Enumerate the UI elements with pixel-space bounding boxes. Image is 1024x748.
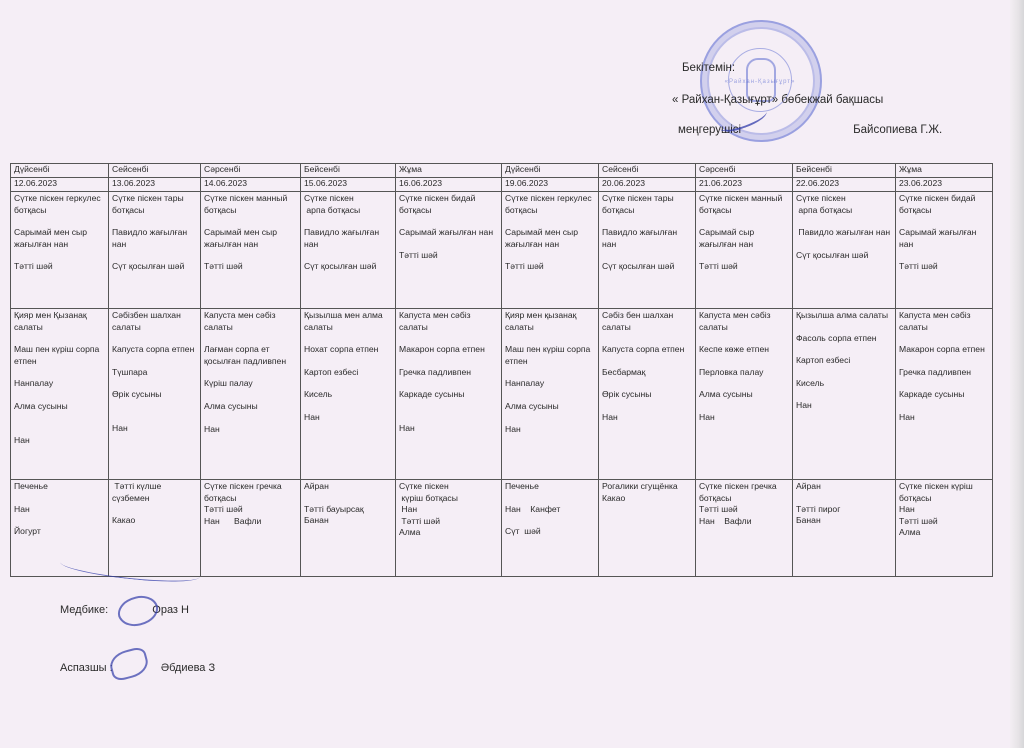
spacer bbox=[399, 216, 498, 227]
menu-dish: Сүтке піскен тары ботқасы bbox=[112, 193, 197, 216]
menu-dish: Сүтке піскен бидай ботқасы bbox=[399, 193, 498, 216]
spacer bbox=[204, 250, 297, 261]
spacer bbox=[602, 250, 692, 261]
spacer bbox=[204, 367, 297, 378]
day-header-cell: Сәрсенбі bbox=[696, 164, 793, 178]
spacer bbox=[796, 239, 892, 250]
menu-dish: Тәтті шәй bbox=[699, 504, 789, 516]
menu-dish: Лағман сорпа ет қосылған падливпен bbox=[204, 344, 297, 367]
day-header-cell: Сейсенбі bbox=[109, 164, 201, 178]
day-header-cell: Бейсенбі bbox=[301, 164, 396, 178]
menu-dish: Тәтті шәй bbox=[699, 261, 789, 273]
breakfast-cell: Сүтке піскен арпа ботқасы Павидло жағылғ… bbox=[793, 192, 896, 309]
spacer bbox=[602, 356, 692, 367]
menu-dish: Сүтке піскен тары ботқасы bbox=[602, 193, 692, 216]
day-header-cell: Жұма bbox=[396, 164, 502, 178]
menu-dish: Тәтті күлше сүзбемен bbox=[112, 481, 197, 504]
menu-dish: Нан bbox=[899, 504, 989, 516]
spacer bbox=[899, 378, 989, 389]
menu-dish: Сәбізбен шалхан салаты bbox=[112, 310, 197, 333]
snack-cell: АйранТәтті бауырсақБанан bbox=[301, 480, 396, 577]
spacer bbox=[602, 333, 692, 344]
menu-dish: Капуста мен сәбіз салаты bbox=[399, 310, 498, 333]
spacer bbox=[304, 378, 392, 389]
nurse-label: Медбике: bbox=[60, 604, 108, 616]
spacer bbox=[505, 413, 595, 424]
menu-dish: Алма bbox=[899, 527, 989, 539]
menu-dish: Тәтті шәй bbox=[899, 261, 989, 273]
menu-dish: Алма сусыны bbox=[505, 401, 595, 413]
menu-dish: Макарон сорпа етпен bbox=[399, 344, 498, 356]
menu-dish: Түшпара bbox=[112, 367, 197, 379]
spacer bbox=[899, 250, 989, 261]
menu-dish: Қызылша мен алма салаты bbox=[304, 310, 392, 333]
menu-dish: Алма сусыны bbox=[699, 389, 789, 401]
menu-dish: Капуста сорпа етпен bbox=[602, 344, 692, 356]
day-header-cell: Бейсенбі bbox=[793, 164, 896, 178]
menu-dish: Каркаде сусыны bbox=[899, 389, 989, 401]
spacer bbox=[112, 216, 197, 227]
cook-label: Аспазшы : bbox=[60, 662, 113, 674]
institution-name: « Райхан-Қазығұрт» бөбекжай бақшасы bbox=[672, 94, 883, 106]
menu-dish: Нан bbox=[699, 412, 789, 424]
spacer bbox=[112, 250, 197, 261]
spacer bbox=[204, 413, 297, 424]
menu-dish: Картоп езбесі bbox=[304, 367, 392, 379]
spacer bbox=[699, 378, 789, 389]
spacer bbox=[14, 367, 105, 378]
menu-dish: Қияр мен қызанақ салаты bbox=[505, 310, 595, 333]
spacer bbox=[505, 515, 595, 526]
snack-cell: Сүтке піскен гречка ботқасыТәтті шәйНан … bbox=[201, 480, 301, 577]
spacer bbox=[399, 378, 498, 389]
spacer bbox=[112, 401, 197, 412]
menu-dish: Сүтке піскен манный ботқасы bbox=[204, 193, 297, 216]
date-cell: 12.06.2023 bbox=[11, 178, 109, 192]
menu-dish: Қияр мен Қызанақ салаты bbox=[14, 310, 105, 333]
menu-dish: Алма сусыны bbox=[14, 401, 105, 413]
menu-dish: Павидло жағылған нан bbox=[112, 227, 197, 250]
menu-dish: Тәтті шәй bbox=[899, 516, 989, 528]
menu-dish: Нан bbox=[304, 412, 392, 424]
menu-dish: Сүтке піскен геркулес ботқасы bbox=[505, 193, 595, 216]
menu-dish: Йогурт bbox=[14, 526, 105, 538]
spacer bbox=[699, 356, 789, 367]
menu-dish: Алма сусыны bbox=[204, 401, 297, 413]
menu-dish: Сүтке піскен гречка ботқасы bbox=[699, 481, 789, 504]
lunch-cell: Қияр мен Қызанақ салатыМаш пен күріш сор… bbox=[11, 309, 109, 480]
breakfast-cell: Сүтке піскен тары ботқасыПавидло жағылға… bbox=[599, 192, 696, 309]
spacer bbox=[399, 412, 498, 423]
spacer bbox=[204, 216, 297, 227]
menu-dish: Сарымай сыр жағылған нан bbox=[699, 227, 789, 250]
breakfast-cell: Сүтке піскен геркулес ботқасыСарымай мен… bbox=[502, 192, 599, 309]
spacer bbox=[204, 390, 297, 401]
date-cell: 14.06.2023 bbox=[201, 178, 301, 192]
menu-dish: Кисель bbox=[796, 378, 892, 390]
day-header-cell: Дүйсенбі bbox=[11, 164, 109, 178]
menu-dish: арпа ботқасы bbox=[304, 205, 392, 217]
lunch-cell: Қияр мен қызанақ салатыМаш пен күріш сор… bbox=[502, 309, 599, 480]
spacer bbox=[14, 515, 105, 526]
menu-dish: Печенье bbox=[505, 481, 595, 493]
menu-dish: Павидло жағылған нан bbox=[796, 227, 892, 239]
director-line: меңгерушісіБайсопиева Г.Ж. bbox=[678, 124, 942, 136]
scanner-page-edge bbox=[1010, 0, 1024, 748]
spacer bbox=[899, 333, 989, 344]
menu-dish: Банан bbox=[796, 515, 892, 527]
date-cell: 19.06.2023 bbox=[502, 178, 599, 192]
menu-dish: Печенье bbox=[14, 481, 105, 493]
spacer bbox=[505, 250, 595, 261]
breakfast-row: Сүтке піскен геркулес ботқасыСарымай мен… bbox=[11, 192, 993, 309]
menu-dish: Нан Канфет bbox=[505, 504, 595, 516]
breakfast-cell: Сүтке піскен геркулес ботқасыСарымай мен… bbox=[11, 192, 109, 309]
breakfast-cell: Сүтке піскен бидай ботқасыСарымай жағылғ… bbox=[396, 192, 502, 309]
date-cell: 15.06.2023 bbox=[301, 178, 396, 192]
approved-label: Бекітемін: bbox=[682, 62, 735, 74]
menu-dish: Маш пен күріш сорпа етпен bbox=[14, 344, 105, 367]
breakfast-cell: Сүтке піскен манный ботқасыСарымай мен с… bbox=[201, 192, 301, 309]
menu-dish: Сүтке піскен бидай ботқасы bbox=[899, 193, 989, 216]
menu-dish: Картоп езбесі bbox=[796, 355, 892, 367]
spacer bbox=[112, 504, 197, 515]
day-header-cell: Сәрсенбі bbox=[201, 164, 301, 178]
menu-dish: Капуста мен сәбіз салаты bbox=[204, 310, 297, 333]
spacer bbox=[399, 239, 498, 250]
spacer bbox=[14, 413, 105, 424]
spacer bbox=[505, 493, 595, 504]
spacer bbox=[505, 216, 595, 227]
date-cell: 22.06.2023 bbox=[793, 178, 896, 192]
menu-dish: Тәтті шәй bbox=[399, 250, 498, 262]
menu-dish: Нан Вафли bbox=[699, 516, 789, 528]
date-cell: 16.06.2023 bbox=[396, 178, 502, 192]
menu-dish: Рогалики сгущёнка bbox=[602, 481, 692, 493]
lunch-cell: Қызылша алма салатыФасоль сорпа етпенКар… bbox=[793, 309, 896, 480]
menu-dish: Нан bbox=[796, 400, 892, 412]
menu-dish: Фасоль сорпа етпен bbox=[796, 333, 892, 345]
menu-dish: Сарымай мен сыр жағылған нан bbox=[14, 227, 105, 250]
spacer bbox=[304, 493, 392, 504]
day-header-cell: Жұма bbox=[896, 164, 993, 178]
menu-dish: Каркаде сусыны bbox=[399, 389, 498, 401]
snack-cell: ПеченьеНан КанфетСүт шәй bbox=[502, 480, 599, 577]
spacer bbox=[699, 333, 789, 344]
spacer bbox=[796, 322, 892, 333]
lunch-cell: Сәбіз бен шалхан салатыКапуста сорпа етп… bbox=[599, 309, 696, 480]
menu-dish: Нан bbox=[899, 412, 989, 424]
spacer bbox=[14, 390, 105, 401]
snack-row: ПеченьеНанЙогурт Тәтті күлше сүзбеменКак… bbox=[11, 480, 993, 577]
spacer bbox=[796, 389, 892, 400]
menu-dish: Сүт шәй bbox=[505, 526, 595, 538]
menu-dish: Күріш палау bbox=[204, 378, 297, 390]
spacer bbox=[505, 390, 595, 401]
day-header-row: ДүйсенбіСейсенбіСәрсенбіБейсенбіЖұмаДүйс… bbox=[11, 164, 993, 178]
spacer bbox=[14, 424, 105, 435]
spacer bbox=[399, 333, 498, 344]
menu-dish: Тәтті бауырсақ bbox=[304, 504, 392, 516]
menu-dish: Тәтті шәй bbox=[505, 261, 595, 273]
menu-dish: Сүтке піскен bbox=[304, 193, 392, 205]
menu-dish: Тәтті шәй bbox=[204, 504, 297, 516]
spacer bbox=[399, 356, 498, 367]
lunch-cell: Капуста мен сәбіз салатыЛағман сорпа ет … bbox=[201, 309, 301, 480]
menu-dish: Банан bbox=[304, 515, 392, 527]
menu-dish: Қызылша алма салаты bbox=[796, 310, 892, 322]
spacer bbox=[112, 356, 197, 367]
day-header-cell: Дүйсенбі bbox=[502, 164, 599, 178]
breakfast-cell: Сүтке піскен манный ботқасыСарымай сыр ж… bbox=[696, 192, 793, 309]
menu-dish: Кисель bbox=[304, 389, 392, 401]
spacer bbox=[505, 333, 595, 344]
spacer bbox=[699, 216, 789, 227]
menu-dish: Нан bbox=[399, 423, 498, 435]
spacer bbox=[399, 401, 498, 412]
menu-dish: Тәтті шәй bbox=[14, 261, 105, 273]
menu-dish: күріш ботқасы bbox=[399, 493, 498, 505]
spacer bbox=[14, 250, 105, 261]
spacer bbox=[796, 493, 892, 504]
spacer bbox=[899, 401, 989, 412]
snack-cell: Сүтке піскен күріш ботқасыНанТәтті шәйАл… bbox=[896, 480, 993, 577]
spacer bbox=[112, 333, 197, 344]
menu-dish: Сарымай мен сыр жағылған нан bbox=[505, 227, 595, 250]
breakfast-cell: Сүтке піскен тары ботқасыПавидло жағылға… bbox=[109, 192, 201, 309]
menu-dish: Нан bbox=[14, 435, 105, 447]
menu-dish: Өрік сусыны bbox=[112, 389, 197, 401]
menu-dish: Нан bbox=[204, 424, 297, 436]
menu-dish: Сүтке піскен күріш ботқасы bbox=[899, 481, 989, 504]
spacer bbox=[204, 333, 297, 344]
menu-dish: Сәбіз бен шалхан салаты bbox=[602, 310, 692, 333]
spacer bbox=[304, 401, 392, 412]
lunch-cell: Капуста мен сәбіз салатыКеспе көже етпен… bbox=[696, 309, 793, 480]
spacer bbox=[796, 344, 892, 355]
date-cell: 13.06.2023 bbox=[109, 178, 201, 192]
menu-dish: Кеспе көже етпен bbox=[699, 344, 789, 356]
spacer bbox=[14, 216, 105, 227]
lunch-cell: Капуста мен сәбіз салатыМакарон сорпа ет… bbox=[896, 309, 993, 480]
menu-dish: Тәтті шәй bbox=[399, 516, 498, 528]
menu-dish: Нан Вафли bbox=[204, 516, 297, 528]
menu-dish: Сүт қосылған шәй bbox=[602, 261, 692, 273]
menu-dish: Сарымай мен сыр жағылған нан bbox=[204, 227, 297, 250]
menu-dish: Макарон сорпа етпен bbox=[899, 344, 989, 356]
menu-dish: Нохат сорпа етпен bbox=[304, 344, 392, 356]
menu-dish: Павидло жағылған нан bbox=[304, 227, 392, 250]
menu-dish: Алма bbox=[399, 527, 498, 539]
menu-dish: Тәтті шәй bbox=[204, 261, 297, 273]
menu-dish: Сүтке піскен гречка ботқасы bbox=[204, 481, 297, 504]
lunch-cell: Капуста мен сәбіз салатыМакарон сорпа ет… bbox=[396, 309, 502, 480]
spacer bbox=[602, 378, 692, 389]
snack-cell: Сүтке піскен гречка ботқасыТәтті шәйНан … bbox=[696, 480, 793, 577]
menu-dish: Капуста мен сәбіз салаты bbox=[699, 310, 789, 333]
spacer bbox=[796, 216, 892, 227]
breakfast-cell: Сүтке піскен бидай ботқасыСарымай жағылғ… bbox=[896, 192, 993, 309]
spacer bbox=[602, 401, 692, 412]
spacer bbox=[112, 412, 197, 423]
menu-dish: Маш пен күріш сорпа етпен bbox=[505, 344, 595, 367]
cook-signature bbox=[107, 646, 151, 683]
menu-dish: Бесбармақ bbox=[602, 367, 692, 379]
menu-dish: Нан bbox=[399, 504, 498, 516]
menu-dish: Капуста мен сәбіз салаты bbox=[899, 310, 989, 333]
spacer bbox=[304, 250, 392, 261]
menu-dish: Тәтті пирог bbox=[796, 504, 892, 516]
lunch-row: Қияр мен Қызанақ салатыМаш пен күріш сор… bbox=[11, 309, 993, 480]
spacer bbox=[112, 378, 197, 389]
menu-dish: Сүтке піскен манный ботқасы bbox=[699, 193, 789, 216]
menu-dish: Гречка падливпен bbox=[899, 367, 989, 379]
menu-dish: Гречка падливпен bbox=[399, 367, 498, 379]
spacer bbox=[699, 250, 789, 261]
cook-name: Әбдиева З bbox=[161, 662, 215, 674]
menu-dish: Нан bbox=[602, 412, 692, 424]
lunch-cell: Қызылша мен алма салатыНохат сорпа етпен… bbox=[301, 309, 396, 480]
menu-dish: арпа ботқасы bbox=[796, 205, 892, 217]
lunch-cell: Сәбізбен шалхан салатыКапуста сорпа етпе… bbox=[109, 309, 201, 480]
menu-dish: Айран bbox=[796, 481, 892, 493]
menu-dish: Сарымай жағылған нан bbox=[399, 227, 498, 239]
date-cell: 20.06.2023 bbox=[599, 178, 696, 192]
spacer bbox=[304, 333, 392, 344]
menu-dish: Сүтке піскен bbox=[796, 193, 892, 205]
day-header-cell: Сейсенбі bbox=[599, 164, 696, 178]
menu-dish: Сүтке піскен bbox=[399, 481, 498, 493]
snack-cell: Рогалики сгущёнкаКакао bbox=[599, 480, 696, 577]
snack-cell: Сүтке піскен күріш ботқасы Нан Тәтті шәй… bbox=[396, 480, 502, 577]
date-cell: 23.06.2023 bbox=[896, 178, 993, 192]
menu-dish: Какао bbox=[602, 493, 692, 505]
menu-dish: Айран bbox=[304, 481, 392, 493]
breakfast-cell: Сүтке піскен арпа ботқасыПавидло жағылға… bbox=[301, 192, 396, 309]
date-cell: 21.06.2023 bbox=[696, 178, 793, 192]
spacer bbox=[899, 356, 989, 367]
menu-dish: Сүт қосылған шәй bbox=[796, 250, 892, 262]
menu-dish: Нан bbox=[14, 504, 105, 516]
menu-dish: Павидло жағылған нан bbox=[602, 227, 692, 250]
menu-dish: Какао bbox=[112, 515, 197, 527]
nurse-signature bbox=[113, 588, 163, 634]
menu-dish: Нан bbox=[112, 423, 197, 435]
menu-dish: Капуста сорпа етпен bbox=[112, 344, 197, 356]
menu-dish: Сүт қосылған шәй bbox=[112, 261, 197, 273]
spacer bbox=[899, 216, 989, 227]
menu-dish: Сарымай жағылған нан bbox=[899, 227, 989, 250]
spacer bbox=[699, 401, 789, 412]
spacer bbox=[505, 367, 595, 378]
spacer bbox=[304, 216, 392, 227]
menu-dish: Сүтке піскен геркулес ботқасы bbox=[14, 193, 105, 216]
menu-dish: Нанпалау bbox=[14, 378, 105, 390]
director-name: Байсопиева Г.Ж. bbox=[853, 124, 942, 136]
menu-dish: Өрік сусыны bbox=[602, 389, 692, 401]
weekly-menu-table: ДүйсенбіСейсенбіСәрсенбіБейсенбіЖұмаДүйс… bbox=[10, 163, 993, 577]
spacer bbox=[304, 356, 392, 367]
menu-dish: Сүт қосылған шәй bbox=[304, 261, 392, 273]
snack-cell: АйранТәтті пирогБанан bbox=[793, 480, 896, 577]
menu-dish: Нан bbox=[505, 424, 595, 436]
menu-dish: Перловка палау bbox=[699, 367, 789, 379]
spacer bbox=[796, 367, 892, 378]
spacer bbox=[14, 333, 105, 344]
spacer bbox=[602, 216, 692, 227]
spacer bbox=[14, 493, 105, 504]
menu-dish: Нанпалау bbox=[505, 378, 595, 390]
date-header-row: 12.06.202313.06.202314.06.202315.06.2023… bbox=[11, 178, 993, 192]
